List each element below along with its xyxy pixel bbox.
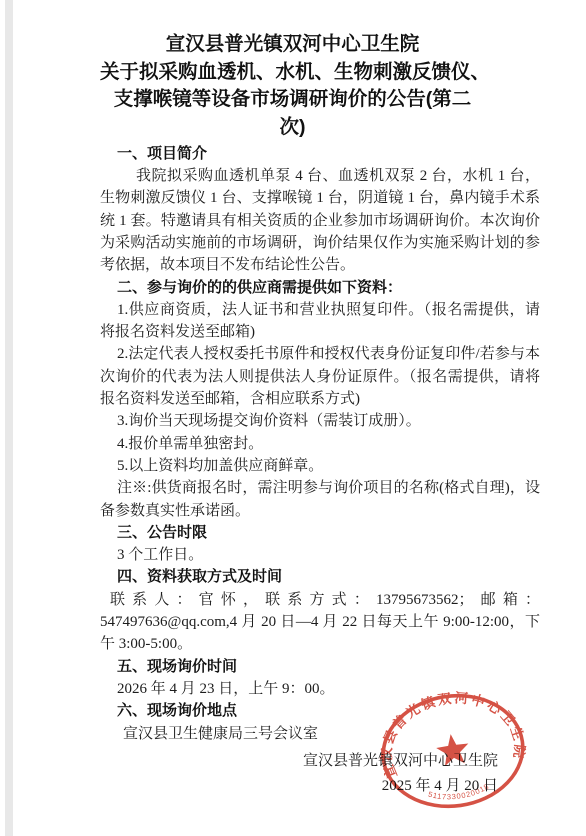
section-heading-announcement-period: 三、公告时限: [100, 522, 540, 544]
section-heading-contact-info: 四、资料获取方式及时间: [100, 566, 540, 588]
title-line: 宣汉县普光镇双河中心卫生院: [100, 31, 485, 59]
section-heading-project-intro: 一、项目简介: [100, 143, 540, 165]
signature-date: 2025 年 4 月 20 日: [100, 774, 498, 799]
signature-org: 宣汉县普光镇双河中心卫生院: [100, 749, 498, 774]
list-item-1: 1.供应商资质，法人证书和营业执照复印件。（报名需提供，请将报名资料发送至邮箱): [100, 299, 540, 344]
section-heading-inquiry-time: 五、现场询价时间: [100, 656, 540, 678]
section-heading-inquiry-location: 六、现场询价地点: [100, 700, 540, 722]
note-line: 注※:供货商报名时，需注明参与询价项目的名称(格式自理)，设备参数真实性承诺函。: [100, 477, 540, 522]
title-line: 关于拟采购血透机、水机、生物刺激反馈仪、: [100, 59, 485, 87]
signature-block: 宣汉县普光镇双河中心卫生院 2025 年 4 月 20 日: [100, 749, 540, 799]
paragraph-project-intro: 我院拟采购血透机单泵 4 台、血透机双泵 2 台，水机 1 台，生物刺激反馈仪 …: [100, 165, 540, 276]
paragraph-contact-info: 联系人：官怀，联系方式：13795673562；邮箱：547497636@qq.…: [100, 589, 540, 656]
scan-edge-artifact: [5, 0, 13, 836]
list-item-3: 3.询价当天现场提交询价资料（需装订成册）。: [100, 410, 540, 432]
section-heading-supplier-materials: 二、参与询价的的供应商需提供如下资料：: [100, 277, 540, 299]
paragraph-inquiry-time: 2026 年 4 月 23 日，上午 9：00。: [100, 678, 540, 700]
list-item-4: 4.报价单需单独密封。: [100, 433, 540, 455]
announcement-document: 宣汉县普光镇双河中心卫生院 关于拟采购血透机、水机、生物刺激反馈仪、 支撑喉镜等…: [100, 31, 540, 799]
document-body: 一、项目简介 我院拟采购血透机单泵 4 台、血透机双泵 2 台，水机 1 台，生…: [100, 143, 540, 745]
list-item-2: 2.法定代表人授权委托书原件和授权代表身份证复印件/若参与本次询价的代表为法人则…: [100, 343, 540, 410]
title-line: 支撑喉镜等设备市场调研询价的公告(第二: [100, 86, 485, 114]
paragraph-announcement-period: 3 个工作日。: [100, 544, 540, 566]
paragraph-inquiry-location: 宣汉县卫生健康局三号会议室: [100, 723, 540, 745]
list-item-5: 5.以上资料均加盖供应商鲜章。: [100, 455, 540, 477]
title-line: 次): [100, 114, 485, 142]
document-title: 宣汉县普光镇双河中心卫生院 关于拟采购血透机、水机、生物刺激反馈仪、 支撑喉镜等…: [100, 31, 540, 142]
